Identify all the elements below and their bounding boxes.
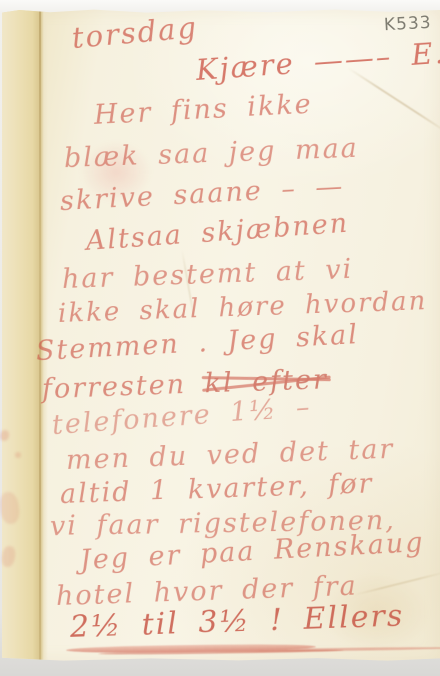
handwritten-word: forresten (41, 369, 186, 405)
ink-bleed-mark (15, 452, 21, 458)
catalog-number-pencil: K533 (384, 13, 433, 35)
scanned-letter-page: K533 torsdag Kjære ——– E. Her fins ikke … (0, 0, 440, 676)
paper-crease (347, 67, 440, 134)
